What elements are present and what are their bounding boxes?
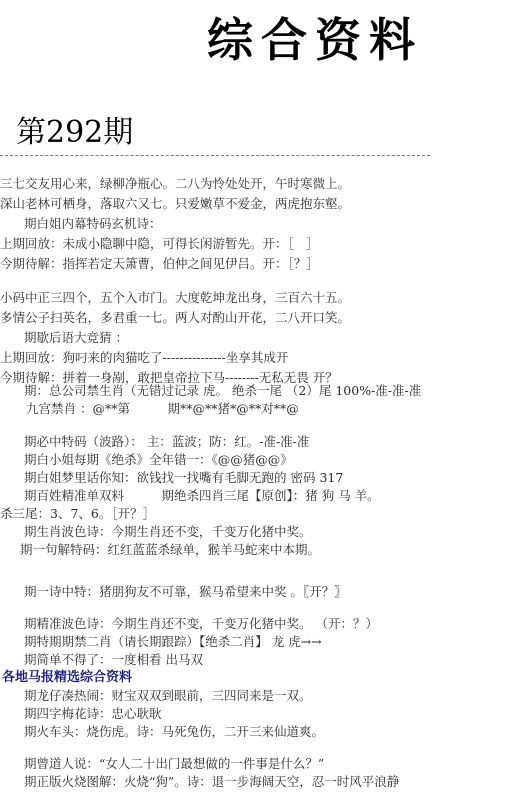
text-line: 期一诗中特：猪朋狗友不可靠，猴马希望来中奖 。〖开？〗 bbox=[24, 584, 347, 600]
text-line: 期一句解特码：红红蓝蓝杀绿单，猴羊马蛇来中本期。 bbox=[20, 542, 320, 558]
text-line: 上期回放：狗叼来的肉猫吃了---------------坐享其成开 bbox=[0, 350, 288, 366]
text-line: 期必中特码（波路）： 主：蓝波；防：红。-准-准-准 bbox=[24, 434, 309, 450]
text-line: 期特期期禁二肖（请长期跟踪）【绝杀二肖】 龙 虎→→ bbox=[24, 634, 322, 650]
text-line: 期曾道人说：“女人二十出门最想做的一件事是什么？” bbox=[24, 756, 324, 772]
dashed-divider bbox=[0, 155, 430, 156]
text-line: 三七交友用心来，绿柳净瓶心。二八为怜处处开，午时寒微上。 bbox=[0, 176, 350, 192]
issue-number: 第292期 bbox=[16, 114, 133, 152]
text-line: 期火车头：烧伤虎。诗：马死兔伤，二开三来仙道爽。 bbox=[24, 724, 324, 740]
text-line: 期白小姐每期《绝杀》全年错一：《@@猪@@》 bbox=[24, 452, 293, 468]
text-line: 深山老林可栖身，落取六又七。只爱嫩草不爱金，两虎抱东壑。 bbox=[0, 196, 350, 212]
text-line: 小码中正三四个，五个入市门。大度乾坤龙出身，三百六十五。 bbox=[0, 290, 350, 306]
text-line: 期：总公司禁生肖（无错过记录 虎。 绝杀一尾 （2）尾 100%-准-准-准 bbox=[24, 383, 421, 399]
text-line: 期简单不得了：一度相看 出马双 bbox=[24, 652, 203, 668]
text-line: 今期待解：指挥若定天箫曹，伯仲之间见伊吕。开：［？］ bbox=[0, 256, 319, 272]
text-line: 期正版火烧图解：火烧“狗”。诗：退一步海阔天空，忍一时风平浪静 bbox=[24, 774, 399, 790]
text-line: 期歇后语大竞猜 ： bbox=[24, 330, 128, 346]
text-line: 期百姓精准单双料 期绝杀四肖三尾【原创】：猪 狗 马 羊。 bbox=[24, 488, 380, 504]
text-line: 多情公子扫英名，多君重一七。两人对酌山开花，二八开口笑。 bbox=[0, 310, 350, 326]
text-line: 期生肖波色诗：今期生肖还不变，千变万化猪中奖。 bbox=[24, 524, 312, 540]
text-line: 杀三尾：3、7、6。［开？］ bbox=[0, 506, 155, 522]
text-line: 九宫禁肖 ：@**第 期**@**猪*@**对**@ bbox=[26, 401, 299, 417]
section-heading: 各地马报精选综合资料 bbox=[2, 670, 132, 686]
text-line: 期龙仔凑热闹：财宝双双到眼前，三四同来是一双。 bbox=[24, 688, 312, 704]
text-line: 上期回放：未成小隐聊中隐，可得长闲游暂先。开：［ ］ bbox=[0, 236, 319, 252]
text-line: 期白姐梦里话你知：欲钱找一找嘴有毛脚无跑的 密码 317 bbox=[24, 470, 343, 486]
text-line: 期四字梅花诗：忠心耿耿 bbox=[24, 706, 162, 722]
text-line: 期白姐内幕特码玄机诗： bbox=[24, 216, 162, 232]
text-line: 期精准波色诗：今期生肖还不变，千变万化猪中奖。 （开：？） bbox=[24, 616, 378, 632]
page-title: 综合资料 bbox=[207, 12, 423, 68]
